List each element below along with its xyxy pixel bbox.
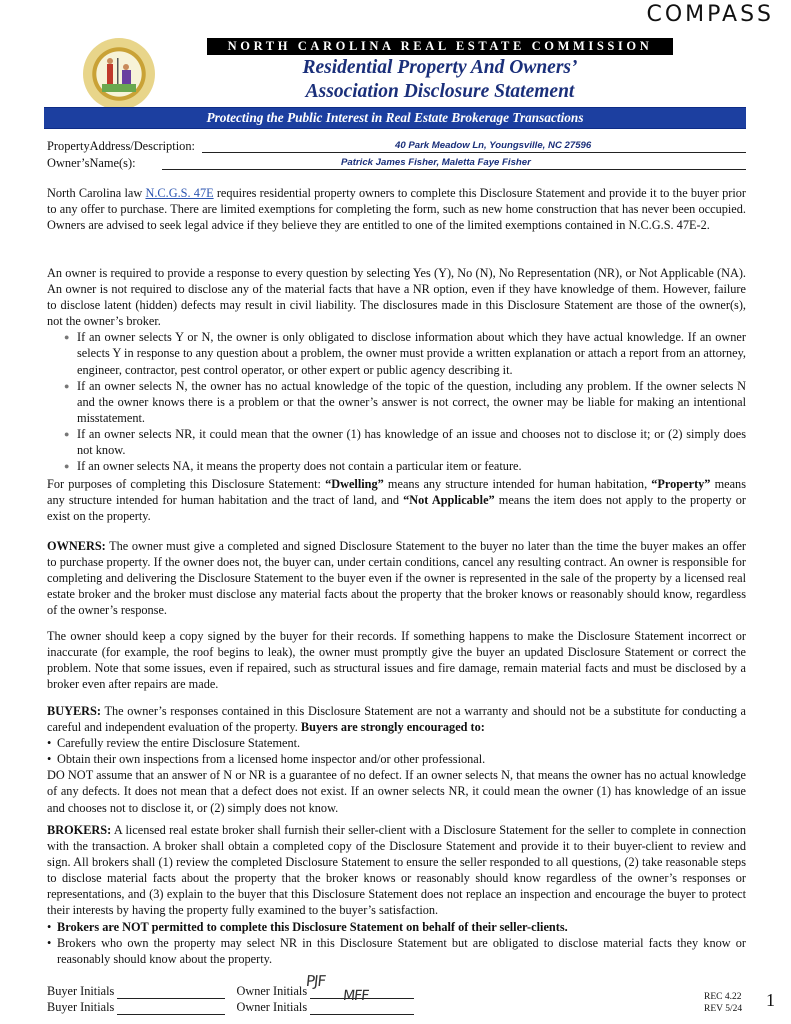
bullet-icon: ● [64,458,69,474]
brokers-bullet-own-property: •Brokers who own the property may select… [47,935,746,967]
brokers-section: BROKERS: A licensed real estate broker s… [47,822,746,967]
not-applicable-term: “Not Applicable” [403,493,495,507]
bullet-text: If an owner selects NR, it could mean th… [77,427,746,457]
owners-names-label: Owner’sName(s): [47,156,136,171]
definitions-paragraph: For purposes of completing this Disclosu… [47,476,746,524]
buyers-encouraged-text: Buyers are strongly encouraged to: [301,720,485,734]
buyer-initials-label: Buyer Initials [47,1000,114,1014]
property-term: “Property” [651,477,710,491]
buyers-section: BUYERS: The owner’s responses contained … [47,703,746,816]
bullet-text: Carefully review the entire Disclosure S… [57,736,300,750]
brokers-bullet-not-permitted: •Brokers are NOT permitted to complete t… [47,919,746,935]
owners-heading: OWNERS: [47,539,106,553]
owners-update-paragraph: The owner should keep a copy signed by t… [47,628,746,692]
buyers-heading: BUYERS: [47,704,101,718]
dwelling-term: “Dwelling” [325,477,384,491]
bullet-text: If an owner selects NA, it means the pro… [77,459,522,473]
owners-names-field[interactable]: Owner’sName(s): Patrick James Fisher, Ma… [47,154,746,171]
page-number: 1 [766,990,775,1011]
bullet-icon: • [47,935,51,951]
owner-initials-signature-2: MFF [342,988,369,1004]
form-title-line-2: Association Disclosure Statement [207,80,673,103]
bullet-text: Obtain their own inspections from a lice… [57,752,485,766]
owner-initials-signature-1: PJF [305,972,326,990]
property-address-value[interactable]: 40 Park Meadow Ln, Youngsville, NC 27596 [395,140,591,151]
bullet-icon: • [47,735,51,751]
response-bullet-nr: ●If an owner selects NR, it could mean t… [47,426,746,458]
form-title-line-1: Residential Property And Owners’ [207,56,673,79]
bullet-icon: • [47,751,51,767]
bullet-text: Brokers are NOT permitted to complete th… [57,920,568,934]
buyers-warning-paragraph: DO NOT assume that an answer of N or NR … [47,767,746,815]
bullet-text: Brokers who own the property may select … [57,936,746,966]
intro-paragraph: North Carolina law N.C.G.S. 47E requires… [47,185,746,233]
buyers-paragraph: BUYERS: The owner’s responses contained … [47,703,746,735]
brokers-heading: BROKERS: [47,823,111,837]
response-bullet-na: ●If an owner selects NA, it means the pr… [47,458,746,474]
bullet-text: If an owner selects Y or N, the owner is… [77,330,746,376]
bullet-icon: ● [64,329,69,345]
buyer-initials-label: Buyer Initials [47,984,114,998]
bullet-icon: • [47,919,51,935]
intro-text-pre: North Carolina law [47,186,145,200]
buyer-initials-field-1[interactable] [117,986,225,999]
buyers-bullet-inspect: •Obtain their own inspections from a lic… [47,751,746,767]
responses-section: An owner is required to provide a respon… [47,265,746,474]
definitions-text: means any structure intended for human h… [384,477,651,491]
rev-date: REV 5/24 [704,1003,742,1015]
buyer-initials-field-2[interactable] [117,1002,225,1015]
response-bullet-n: ●If an owner selects N, the owner has no… [47,378,746,426]
buyers-bullet-review: •Carefully review the entire Disclosure … [47,735,746,751]
owners-text: The owner must give a completed and sign… [47,539,746,617]
ncgs-47e-link[interactable]: N.C.G.S. 47E [145,186,213,200]
owner-initials-label: Owner Initials [236,984,307,998]
bullet-text: If an owner selects N, the owner has no … [77,379,746,425]
revision-info: REC 4.22 REV 5/24 [704,991,742,1015]
property-address-label: PropertyAddress/Description: [47,139,195,154]
brokers-text: A licensed real estate broker shall furn… [47,823,746,917]
property-address-underline [202,152,746,153]
owners-names-value[interactable]: Patrick James Fisher, Maletta Faye Fishe… [341,157,531,168]
definitions-text: For purposes of completing this Disclosu… [47,477,325,491]
owners-paragraph: OWNERS: The owner must give a completed … [47,538,746,618]
brokers-paragraph: BROKERS: A licensed real estate broker s… [47,822,746,919]
commission-banner: NORTH CAROLINA REAL ESTATE COMMISSION [207,38,673,55]
owner-initials-label: Owner Initials [236,1000,307,1014]
bullet-icon: ● [64,378,69,394]
nc-state-seal-icon [83,38,155,110]
owners-names-underline [162,169,746,170]
property-address-field[interactable]: PropertyAddress/Description: 40 Park Mea… [47,137,746,154]
rec-code: REC 4.22 [704,991,742,1003]
tagline-banner: Protecting the Public Interest in Real E… [44,107,746,129]
responses-paragraph: An owner is required to provide a respon… [47,265,746,329]
compass-logo: COMPASS [647,2,775,27]
response-bullet-y-n: ●If an owner selects Y or N, the owner i… [47,329,746,377]
bullet-icon: ● [64,426,69,442]
